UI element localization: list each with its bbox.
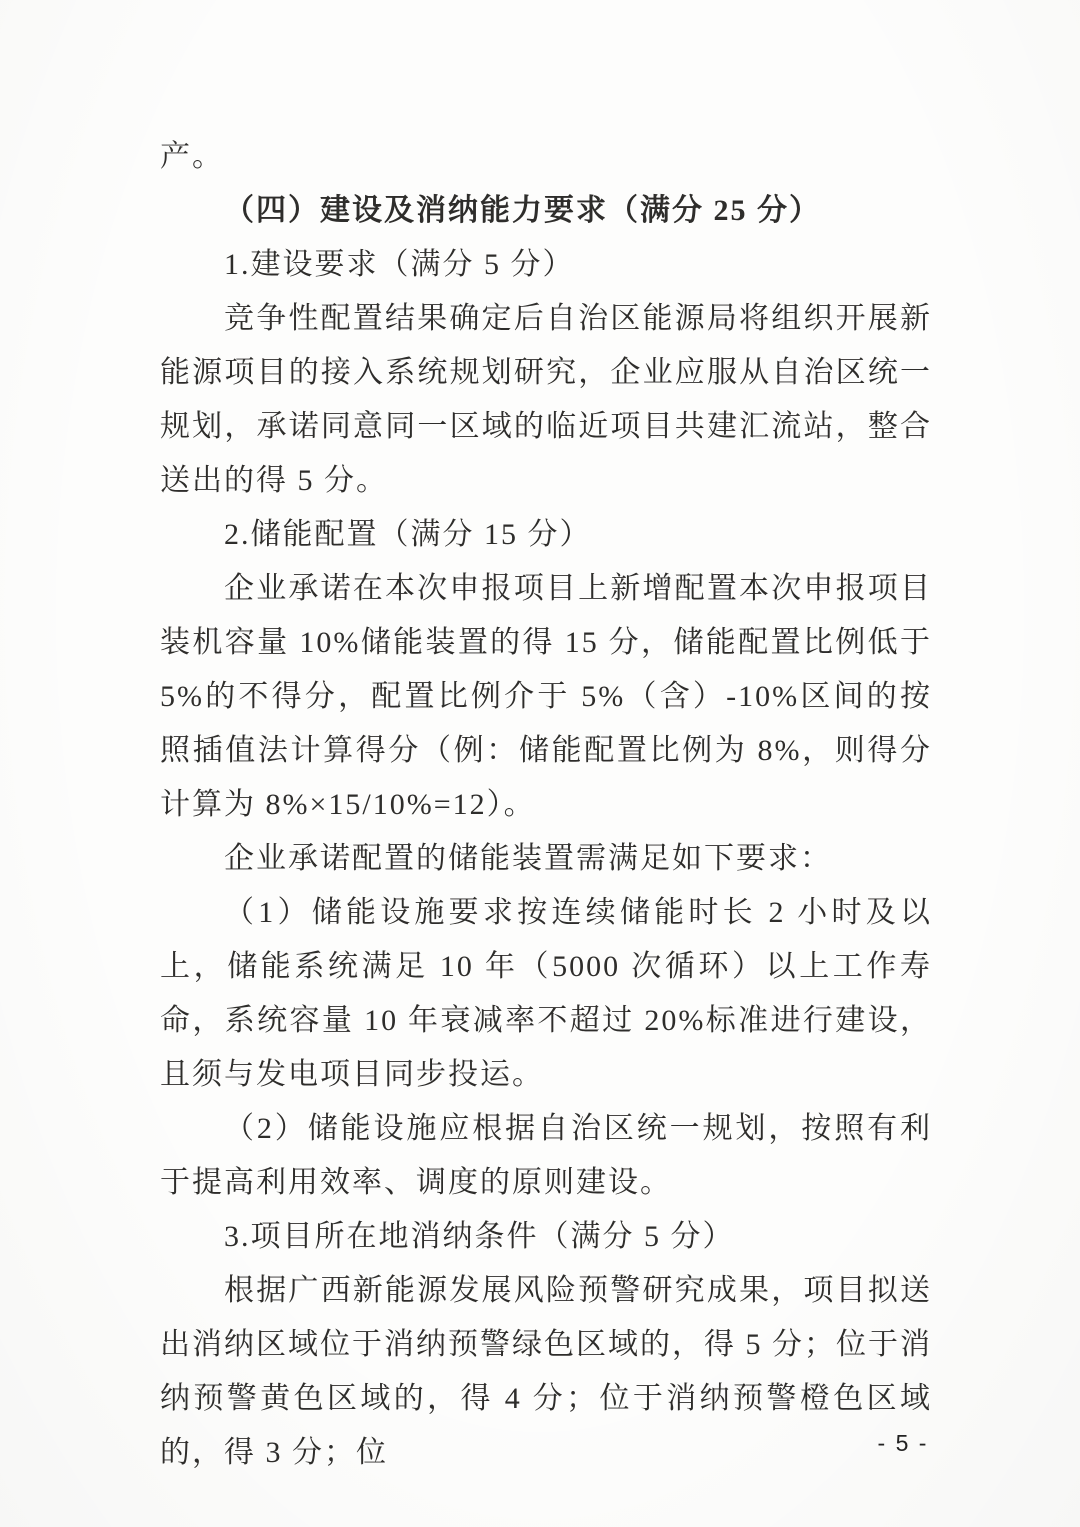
paragraph-storage-requirement-1: （1）储能设施要求按连续储能时长 2 小时及以上，储能系统满足 10 年（500…	[160, 886, 932, 1102]
section-heading-construction-consumption-requirements: （四）建设及消纳能力要求（满分 25 分）	[160, 184, 932, 238]
subheading-2-energy-storage-configuration: 2.储能配置（满分 15 分）	[160, 508, 932, 562]
subheading-3-project-location-consumption-condition: 3.项目所在地消纳条件（满分 5 分）	[160, 1210, 932, 1264]
paragraph-storage-requirement-2: （2）储能设施应根据自治区统一规划，按照有利于提高利用效率、调度的原则建设。	[160, 1102, 932, 1210]
document-page: 产。 （四）建设及消纳能力要求（满分 25 分） 1.建设要求（满分 5 分） …	[0, 0, 1080, 1527]
paragraph-continuation-from-previous-page: 产。	[160, 130, 932, 184]
paragraph-consumption-warning-zones-scoring: 根据广西新能源发展风险预警研究成果，项目拟送出消纳区域位于消纳预警绿色区域的，得…	[160, 1264, 932, 1480]
document-body: 产。 （四）建设及消纳能力要求（满分 25 分） 1.建设要求（满分 5 分） …	[160, 130, 932, 1480]
page-number: - 5 -	[858, 1430, 948, 1457]
paragraph-storage-requirements-intro: 企业承诺配置的储能装置需满足如下要求：	[160, 832, 932, 886]
paragraph-construction-requirements: 竞争性配置结果确定后自治区能源局将组织开展新能源项目的接入系统规划研究，企业应服…	[160, 292, 932, 508]
subheading-1-construction-requirements: 1.建设要求（满分 5 分）	[160, 238, 932, 292]
paragraph-storage-scoring-rule: 企业承诺在本次申报项目上新增配置本次申报项目装机容量 10%储能装置的得 15 …	[160, 562, 932, 832]
